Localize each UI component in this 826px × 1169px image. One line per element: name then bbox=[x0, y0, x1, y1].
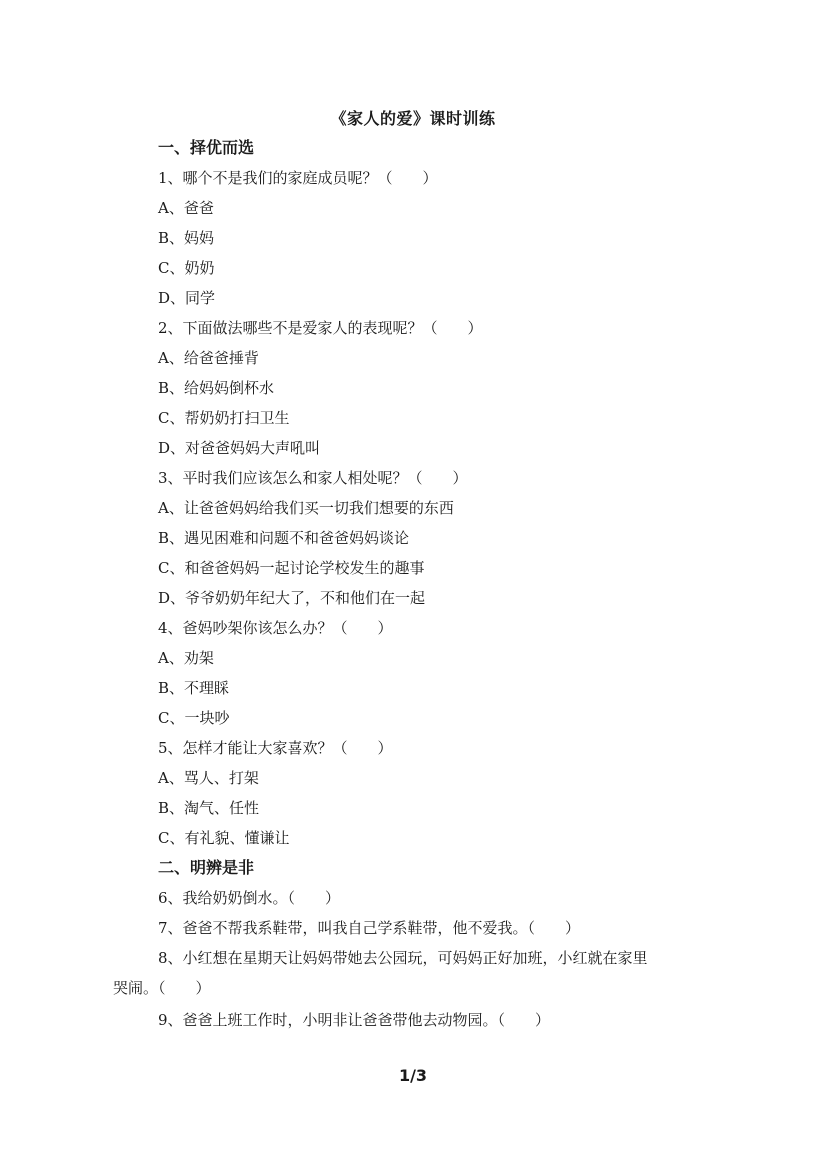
section-heading-2: 二、明辨是非 bbox=[158, 857, 254, 879]
question-3: 3、平时我们应该怎么和家人相处呢？（ ） bbox=[158, 467, 468, 489]
question-1: 1、哪个不是我们的家庭成员呢？（ ） bbox=[158, 167, 438, 189]
q1-option-b: B、妈妈 bbox=[158, 227, 214, 249]
q3-option-a: A、让爸爸妈妈给我们买一切我们想要的东西 bbox=[158, 497, 454, 519]
page-number: 1/3 bbox=[0, 1066, 826, 1085]
q5-option-c: C、有礼貌、懂谦让 bbox=[158, 827, 289, 849]
q1-option-a: A、爸爸 bbox=[158, 197, 214, 219]
question-2: 2、下面做法哪些不是爱家人的表现呢？（ ） bbox=[158, 317, 483, 339]
statement-8-continued: 哭闹。（ ） bbox=[113, 977, 211, 999]
question-5: 5、怎样才能让大家喜欢？（ ） bbox=[158, 737, 393, 759]
q1-option-d: D、同学 bbox=[158, 287, 215, 309]
statement-6: 6、我给奶奶倒水。（ ） bbox=[158, 887, 340, 909]
q5-option-a: A、骂人、打架 bbox=[158, 767, 259, 789]
statement-9: 9、爸爸上班工作时，小明非让爸爸带他去动物园。（ ） bbox=[158, 1009, 550, 1031]
q1-option-c: C、奶奶 bbox=[158, 257, 214, 279]
q4-option-a: A、劝架 bbox=[158, 647, 214, 669]
document-page: 《家人的爱》课时训练 一、择优而选 1、哪个不是我们的家庭成员呢？（ ） A、爸… bbox=[0, 0, 826, 1169]
q5-option-b: B、淘气、任性 bbox=[158, 797, 259, 819]
q2-option-d: D、对爸爸妈妈大声吼叫 bbox=[158, 437, 320, 459]
q2-option-c: C、帮奶奶打扫卫生 bbox=[158, 407, 289, 429]
q4-option-b: B、不理睬 bbox=[158, 677, 229, 699]
q3-option-b: B、遇见困难和问题不和爸爸妈妈谈论 bbox=[158, 527, 409, 549]
q2-option-b: B、给妈妈倒杯水 bbox=[158, 377, 274, 399]
q2-option-a: A、给爸爸捶背 bbox=[158, 347, 259, 369]
q3-option-c: C、和爸爸妈妈一起讨论学校发生的趣事 bbox=[158, 557, 424, 579]
q4-option-c: C、一块吵 bbox=[158, 707, 229, 729]
section-heading-1: 一、择优而选 bbox=[158, 137, 254, 159]
statement-8: 8、小红想在星期天让妈妈带她去公园玩，可妈妈正好加班，小红就在家里 bbox=[158, 947, 648, 969]
statement-7: 7、爸爸不帮我系鞋带，叫我自己学系鞋带，他不爱我。（ ） bbox=[158, 917, 580, 939]
q3-option-d: D、爷爷奶奶年纪大了，不和他们在一起 bbox=[158, 587, 425, 609]
question-4: 4、爸妈吵架你该怎么办？（ ） bbox=[158, 617, 393, 639]
document-title: 《家人的爱》课时训练 bbox=[0, 106, 826, 129]
